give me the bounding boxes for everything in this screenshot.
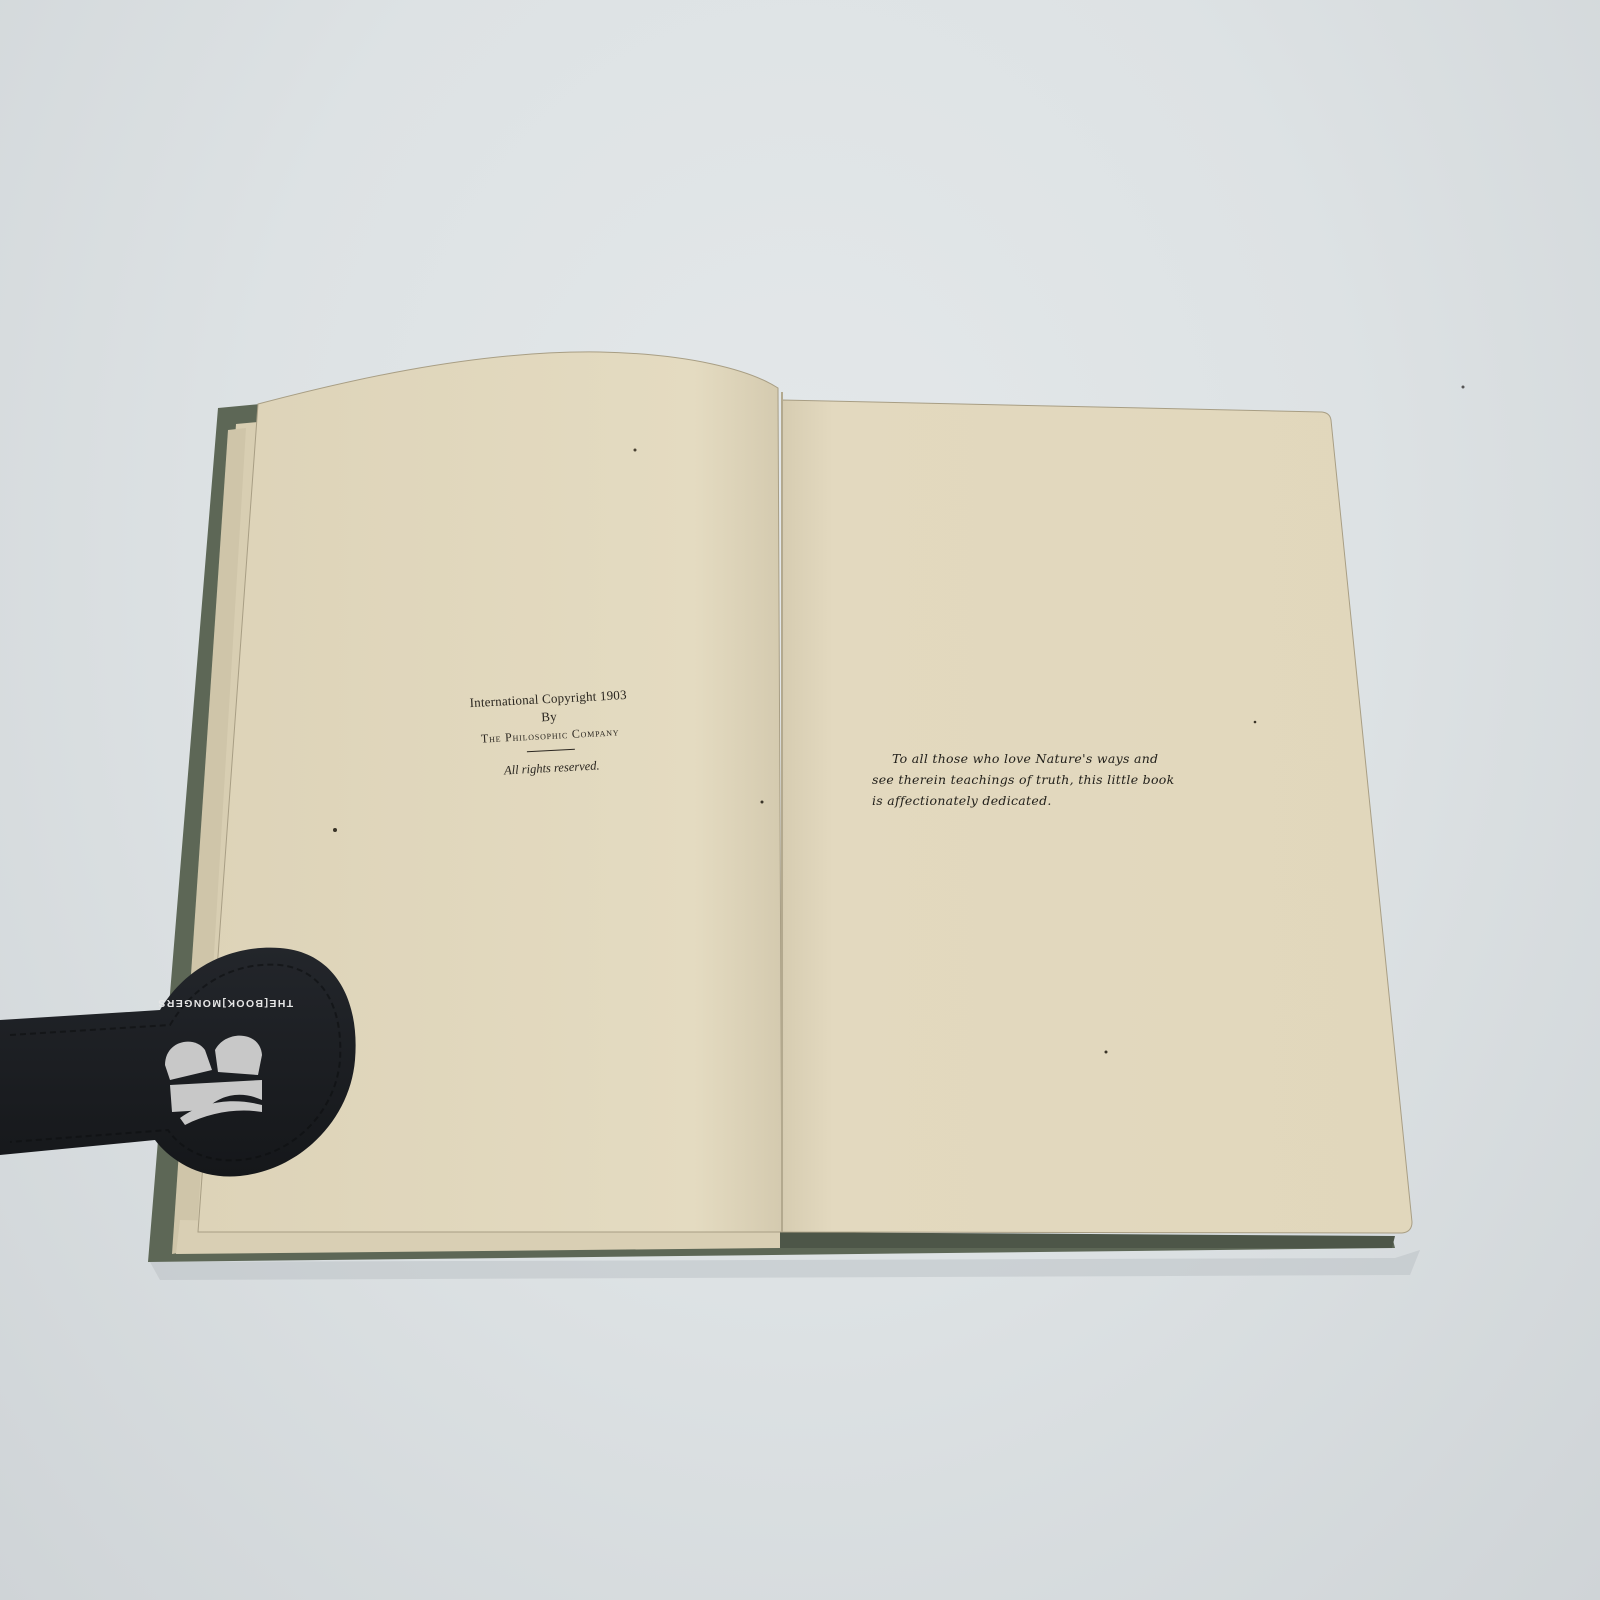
bookmark-brand-text: THE[BOOK]MONGERS — [157, 997, 293, 1009]
book-photo-scene: THE[BOOK]MONGERS International Copyright… — [0, 0, 1600, 1600]
divider-rule — [527, 749, 575, 753]
copyright-notice: International Copyright 1903 By The Phil… — [438, 684, 662, 782]
dedication: To all those who love Nature's ways and … — [872, 748, 1192, 811]
open-book — [0, 0, 1600, 1600]
dedication-line-2: see therein teachings of truth, this lit… — [872, 769, 1192, 790]
dedication-line-3: is affectionately dedicated. — [872, 790, 1192, 811]
right-page — [782, 400, 1412, 1233]
dedication-line-1: To all those who love Nature's ways and — [872, 748, 1192, 769]
